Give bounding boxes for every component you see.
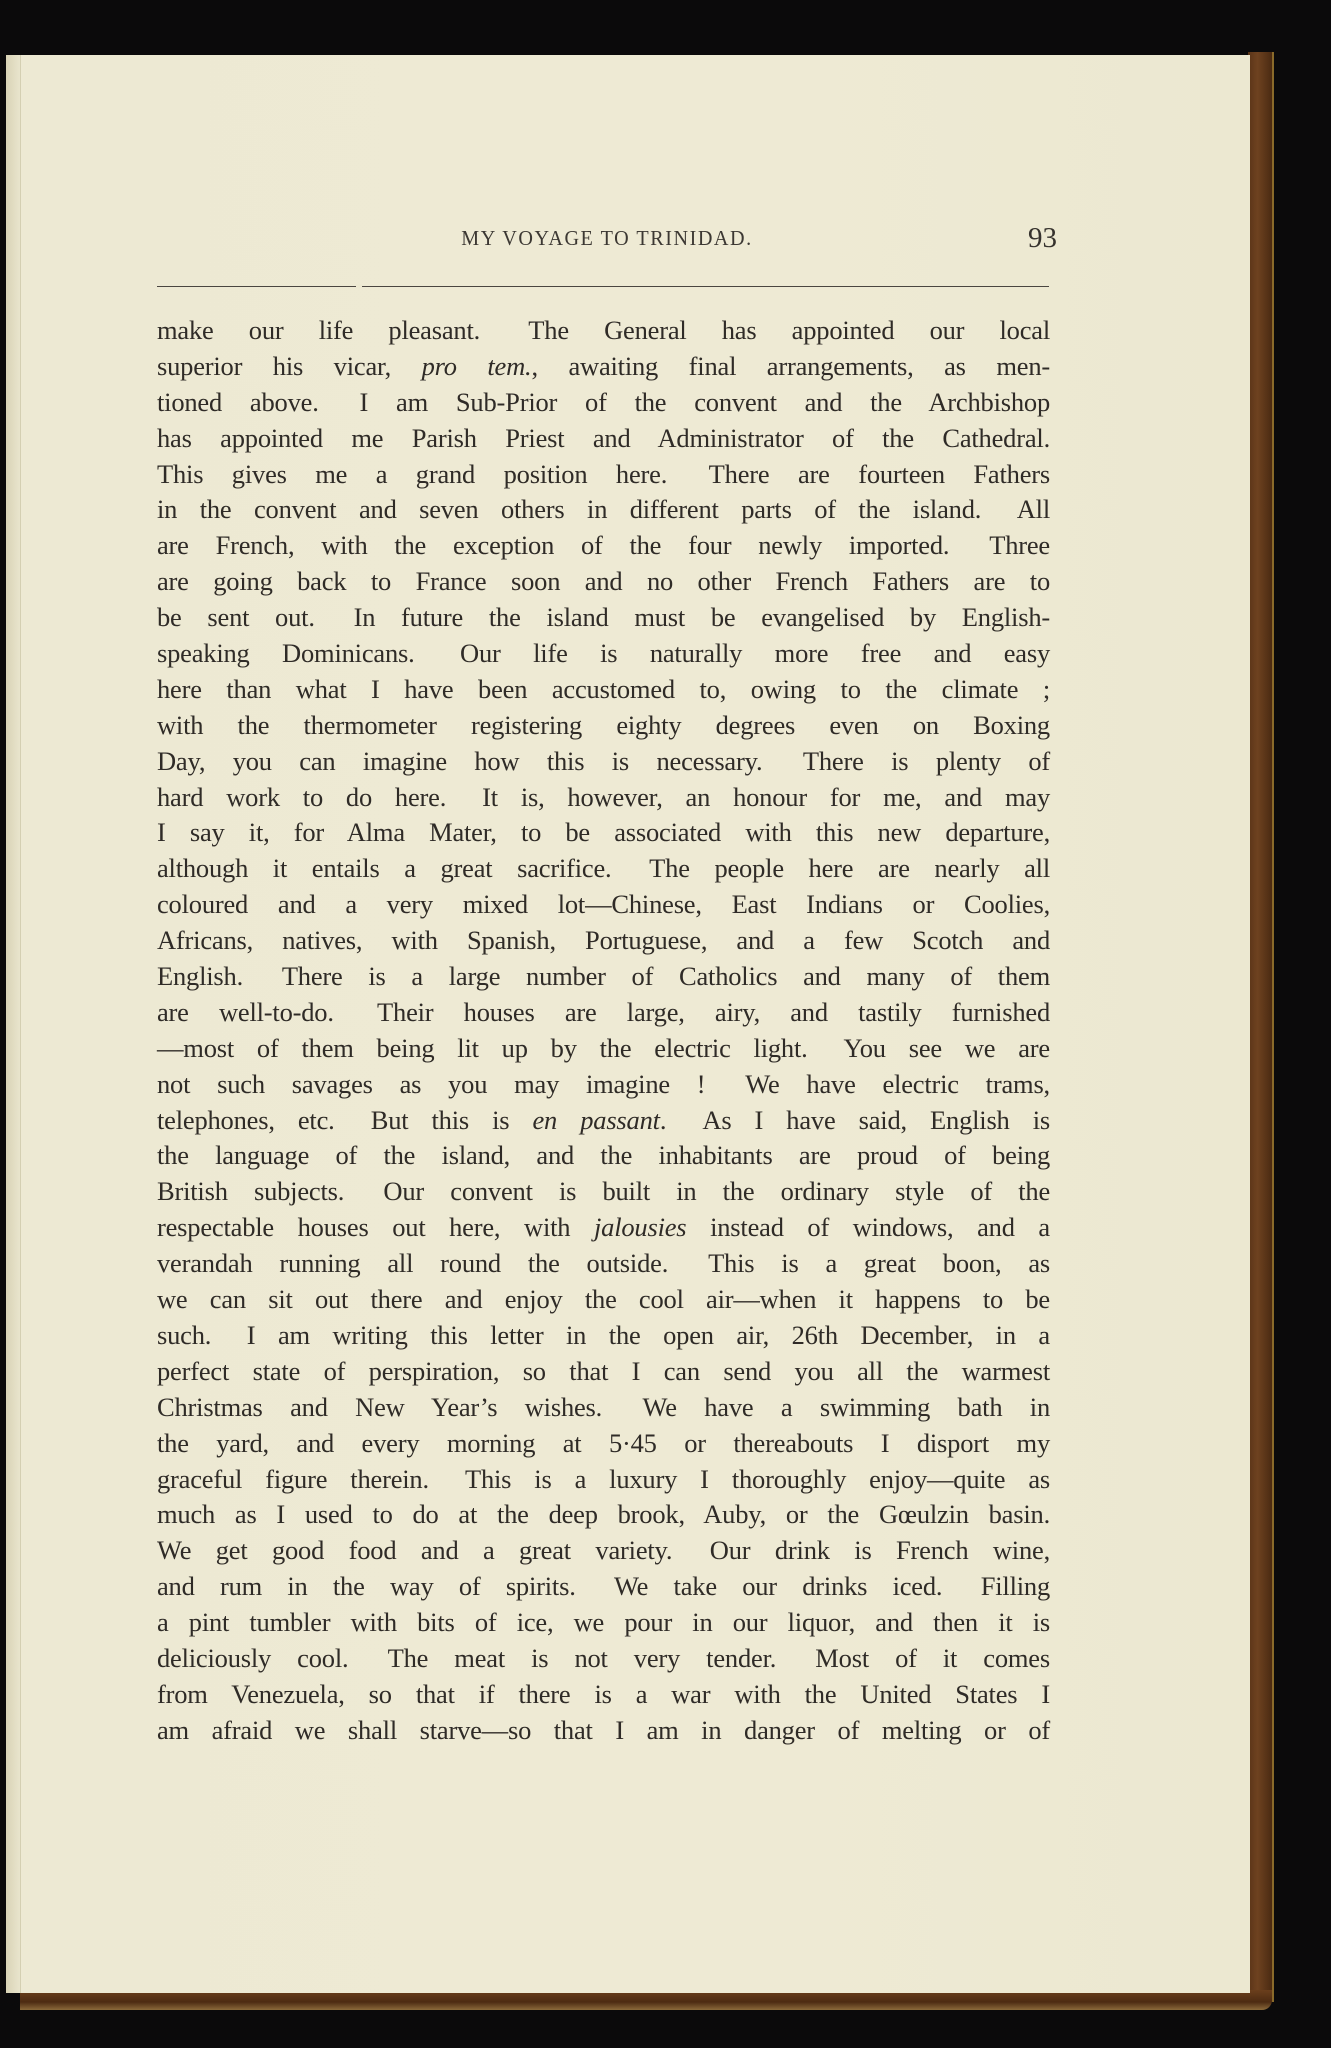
text-line: from Venezuela, so that if there is a wa… bbox=[157, 1677, 1050, 1713]
header-rule-break bbox=[356, 284, 362, 288]
text-line: has appointed me Parish Priest and Admin… bbox=[157, 421, 1050, 457]
text-line: with the thermometer registering eighty … bbox=[157, 708, 1050, 744]
running-title: MY VOYAGE TO TRINIDAD. bbox=[175, 226, 1039, 251]
text-line: superior his vicar, pro tem., awaiting f… bbox=[157, 349, 1050, 385]
text-line: be sent out. In future the island must b… bbox=[157, 600, 1050, 636]
book-cover-edge-bottom bbox=[20, 1990, 1272, 2010]
text-line: much as I used to do at the deep brook, … bbox=[157, 1497, 1050, 1533]
text-line: perfect state of perspiration, so that I… bbox=[157, 1354, 1050, 1390]
text-line: Africans, natives, with Spanish, Portugu… bbox=[157, 923, 1050, 959]
text-line: verandah running all round the outside. … bbox=[157, 1246, 1050, 1282]
text-line: and rum in the way of spirits. We take o… bbox=[157, 1569, 1050, 1605]
text-line: a pint tumbler with bits of ice, we pour… bbox=[157, 1605, 1050, 1641]
text-line: tioned above. I am Sub-Prior of the conv… bbox=[157, 385, 1050, 421]
text-line: I say it, for Alma Mater, to be associat… bbox=[157, 815, 1050, 851]
text-line: are going back to France soon and no oth… bbox=[157, 564, 1050, 600]
book-cover-edge-right bbox=[1248, 52, 1274, 2002]
text-line: This gives me a grand position here. The… bbox=[157, 457, 1050, 493]
text-line: graceful figure therein. This is a luxur… bbox=[157, 1462, 1050, 1498]
text-line: respectable houses out here, with jalous… bbox=[157, 1210, 1050, 1246]
text-line: speaking Dominicans. Our life is natural… bbox=[157, 636, 1050, 672]
text-line: the language of the island, and the inha… bbox=[157, 1138, 1050, 1174]
text-line: We get good food and a great variety. Ou… bbox=[157, 1533, 1050, 1569]
text-line: make our life pleasant. The General has … bbox=[157, 313, 1050, 349]
text-line: not such savages as you may imagine ! We… bbox=[157, 1067, 1050, 1103]
text-line: in the convent and seven others in diffe… bbox=[157, 492, 1050, 528]
running-head: MY VOYAGE TO TRINIDAD. 93 bbox=[157, 222, 1057, 258]
italic-phrase: pro tem. bbox=[422, 351, 532, 381]
body-text: make our life pleasant. The General has … bbox=[157, 313, 1050, 1749]
text-line: Christmas and New Year’s wishes. We have… bbox=[157, 1390, 1050, 1426]
text-line: Day, you can imagine how this is necessa… bbox=[157, 744, 1050, 780]
text-line: here than what I have been accustomed to… bbox=[157, 672, 1050, 708]
text-line: coloured and a very mixed lot—Chinese, E… bbox=[157, 887, 1050, 923]
text-line: are well-to-do. Their houses are large, … bbox=[157, 995, 1050, 1031]
page-gutter-fold bbox=[6, 55, 21, 1993]
text-line: although it entails a great sacrifice. T… bbox=[157, 851, 1050, 887]
text-line: hard work to do here. It is, however, an… bbox=[157, 780, 1050, 816]
page-number: 93 bbox=[1028, 222, 1057, 255]
text-line: —most of them being lit up by the electr… bbox=[157, 1031, 1050, 1067]
text-line: telephones, etc. But this is en passant.… bbox=[157, 1103, 1050, 1139]
text-line: are French, with the exception of the fo… bbox=[157, 528, 1050, 564]
text-line: English. There is a large number of Cath… bbox=[157, 959, 1050, 995]
text-line: am afraid we shall starve—so that I am i… bbox=[157, 1713, 1050, 1749]
italic-phrase: jalousies bbox=[594, 1212, 686, 1242]
italic-phrase: en passant bbox=[533, 1105, 660, 1135]
text-line: we can sit out there and enjoy the cool … bbox=[157, 1282, 1050, 1318]
text-line: the yard, and every morning at 5·45 or t… bbox=[157, 1426, 1050, 1462]
header-rule bbox=[157, 286, 1049, 287]
text-line: British subjects. Our convent is built i… bbox=[157, 1174, 1050, 1210]
text-line: deliciously cool. The meat is not very t… bbox=[157, 1641, 1050, 1677]
text-line: such. I am writing this letter in the op… bbox=[157, 1318, 1050, 1354]
